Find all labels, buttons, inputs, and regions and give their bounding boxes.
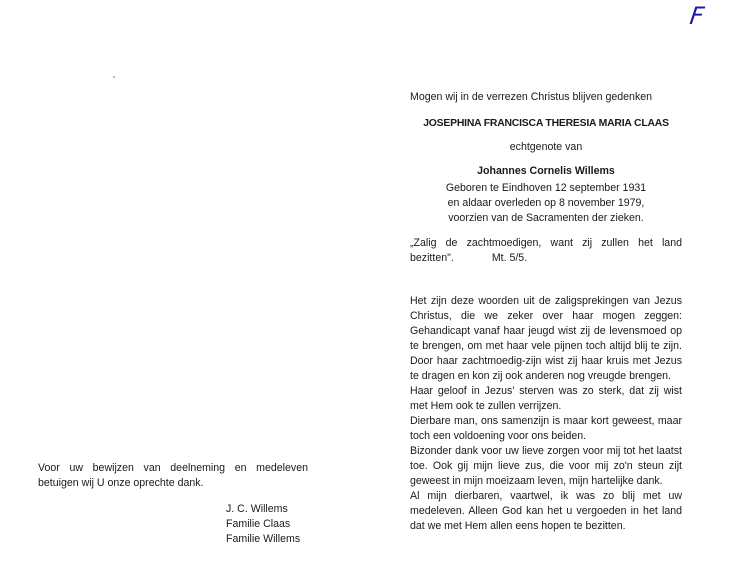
sacraments-line: voorzien van de Sacramenten der zieken. xyxy=(410,211,682,226)
paper-speck xyxy=(113,76,115,78)
signatory: J. C. Willems xyxy=(226,502,300,517)
intro-line: Mogen wij in de verrezen Christus blijve… xyxy=(410,91,652,103)
quote-text: „Zalig de zachtmoedigen, want zij zullen… xyxy=(410,237,682,264)
birth-death-block: Geboren te Eindhoven 12 september 1931 e… xyxy=(410,181,682,226)
birth-line: Geboren te Eindhoven 12 september 1931 xyxy=(410,181,682,196)
paragraph: Haar geloof in Jezus' sterven was zo ste… xyxy=(410,384,682,414)
signatory: Familie Claas xyxy=(226,517,300,532)
quote-reference: Mt. 5/5. xyxy=(492,251,527,266)
spouse-label: echtgenote van xyxy=(410,140,682,155)
paragraph: Al mijn dierbaren, vaartwel, ik was zo b… xyxy=(410,489,682,534)
paragraph: Het zijn deze woorden uit de zaligspreki… xyxy=(410,294,682,384)
death-line: en aldaar overleden op 8 november 1979, xyxy=(410,196,682,211)
handwritten-mark: F xyxy=(688,2,706,30)
thanks-text: Voor uw bewijzen van deelneming en medel… xyxy=(38,461,308,491)
scripture-quote: „Zalig de zachtmoedigen, want zij zullen… xyxy=(410,236,682,266)
paragraph: Bizonder dank voor uw lieve zorgen voor … xyxy=(410,444,682,489)
deceased-name: JOSEPHINA FRANCISCA THERESIA MARIA CLAAS xyxy=(410,116,682,131)
signatories: J. C. Willems Familie Claas Familie Will… xyxy=(226,502,300,547)
signatory: Familie Willems xyxy=(226,532,300,547)
paragraph: Dierbare man, ons samenzijn is maar kort… xyxy=(410,414,682,444)
memorial-text: Het zijn deze woorden uit de zaligspreki… xyxy=(410,294,682,534)
spouse-name: Johannes Cornelis Willems xyxy=(410,164,682,179)
